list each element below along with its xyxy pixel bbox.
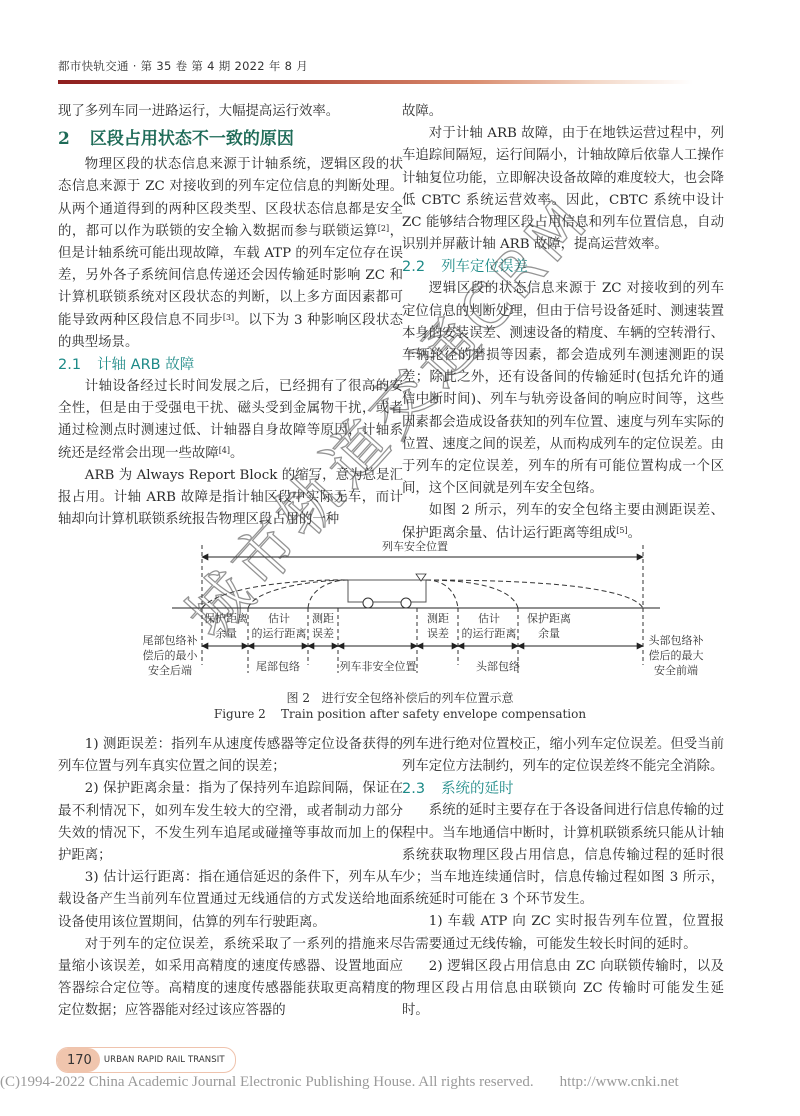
copyright-text: (C)1994-2022 China Academic Journal Elec… xyxy=(0,1074,534,1090)
label-front-end-max: 头部包络补 偿后的最大 安全前端 xyxy=(646,633,706,678)
paragraph: 故障。 xyxy=(402,101,724,123)
citation[interactable]: [4] xyxy=(219,446,230,455)
paragraph: 对于列车的定位误差，系统采取了一系列的措施来尽量缩小该误差，如采用高精度的速度传… xyxy=(58,934,403,1023)
label-front-envelope: 头部包络 xyxy=(458,659,538,674)
paragraph: 对于计轴 ARB 故障，由于在地铁运营过程中，列车追踪间隔短，运行间隔小，计轴故… xyxy=(402,123,724,256)
label-train-unsafe-position: 列车非安全位置 xyxy=(328,659,428,674)
paragraph: 列车进行绝对位置校正，缩小列车定位误差。但受当前列车定位方法制约，列车的定位误差… xyxy=(402,734,724,778)
left-column-bottom: 1) 测距误差：指列车从速度传感器等定位设备获得的列车位置与列车真实位置之间的误… xyxy=(58,734,403,1023)
list-item: 3) 估计运行距离：指在通信延迟的条件下，列车从车载设备产生当前列车位置通过无线… xyxy=(58,867,403,934)
label-rear-envelope: 尾部包络 xyxy=(238,659,318,674)
paragraph: 现了多列车同一进路运行，大幅提高运行效率。 xyxy=(58,101,403,123)
paragraph: ARB 为 Always Report Block 的缩写，意为总是汇报占用。计… xyxy=(58,465,403,532)
list-item: 1) 测距误差：指列车从速度传感器等定位设备获得的列车位置与列车真实位置之间的误… xyxy=(58,734,403,778)
section-heading-2: 2区段占用状态不一致的原因 xyxy=(58,126,403,152)
cnki-link[interactable]: http://www.cnki.net xyxy=(560,1074,679,1090)
label-rear-protection-margin: 保护距离 余量 xyxy=(203,611,249,641)
figure-caption-cn: 图 2 进行安全包络补偿后的列车位置示意 xyxy=(0,689,800,706)
citation[interactable]: [2] xyxy=(378,224,389,233)
left-column-top: 现了多列车同一进路运行，大幅提高运行效率。 2区段占用状态不一致的原因 物理区段… xyxy=(58,101,403,531)
citation[interactable]: [5] xyxy=(616,526,627,535)
label-rear-ranging-error: 测距 误差 xyxy=(308,611,338,641)
paragraph: 系统的延时主要存在于各设备间进行信息传输的过程中。当车地通信中断时，计算机联锁系… xyxy=(402,800,724,911)
list-item: 2) 保护距离余量：指为了保持列车追踪间隔，保证在最不利情况下，如列车发生较大的… xyxy=(58,778,403,867)
list-item: 1) 车载 ATP 向 ZC 实时报告列车位置，位置报告需要通过无线传输，可能发… xyxy=(402,911,724,955)
label-rear-estimated-distance: 估计 的运行距离 xyxy=(248,611,310,641)
figure-caption-en: Figure 2 Train position after safety env… xyxy=(0,707,800,721)
page-number: 170 xyxy=(57,1048,100,1072)
subsection-heading-2-2: 2.2列车定位误差 xyxy=(402,256,724,278)
citation[interactable]: [3] xyxy=(223,313,234,322)
list-item: 2) 逻辑区段占用信息由 ZC 向联锁传输时，以及物理区段占用信息由联锁向 ZC… xyxy=(402,956,724,1023)
paragraph: 物理区段的状态信息来源于计轴系统，逻辑区段的状态信息来源于 ZC 对接收到的列车… xyxy=(58,154,403,354)
figure-2-diagram: 列车安全位置 保护距离 余量 估计 的运行距离 测距 误差 测距 误差 估计 的… xyxy=(140,545,660,685)
label-rear-end-min: 尾部包络补 偿后的最小 安全后端 xyxy=(140,633,200,678)
subsection-heading-2-3: 2.3系统的延时 xyxy=(402,778,724,800)
paragraph: 逻辑区段的状态信息来源于 ZC 对接收到的列车定位信息的判断处理，但由于信号设备… xyxy=(402,278,724,500)
subsection-heading-2-1: 2.1计轴 ARB 故障 xyxy=(58,354,403,376)
paragraph: 计轴设备经过长时间发展之后，已经拥有了很高的安全性，但是由于受强电干扰、磁头受到… xyxy=(58,376,403,465)
label-front-ranging-error: 测距 误差 xyxy=(417,611,459,641)
right-column-bottom: 列车进行绝对位置校正，缩小列车定位误差。但受当前列车定位方法制约，列车的定位误差… xyxy=(402,734,724,1022)
label-front-estimated-distance: 估计 的运行距离 xyxy=(458,611,520,641)
header-divider xyxy=(58,80,748,84)
label-train-safe-position: 列车安全位置 xyxy=(355,539,475,554)
copyright-line: (C)1994-2022 China Academic Journal Elec… xyxy=(0,1074,800,1091)
running-header: 都市快轨交通 · 第 35 卷 第 4 期 2022 年 8 月 xyxy=(58,58,308,74)
page-footer-badge: 170 URBAN RAPID RAIL TRANSIT xyxy=(56,1047,236,1073)
journal-name-en: URBAN RAPID RAIL TRANSIT xyxy=(100,1055,235,1065)
right-column-top: 故障。 对于计轴 ARB 故障，由于在地铁运营过程中，列车追踪间隔短，运行间隔小… xyxy=(402,101,724,545)
label-front-protection-margin: 保护距离 余量 xyxy=(518,611,580,641)
